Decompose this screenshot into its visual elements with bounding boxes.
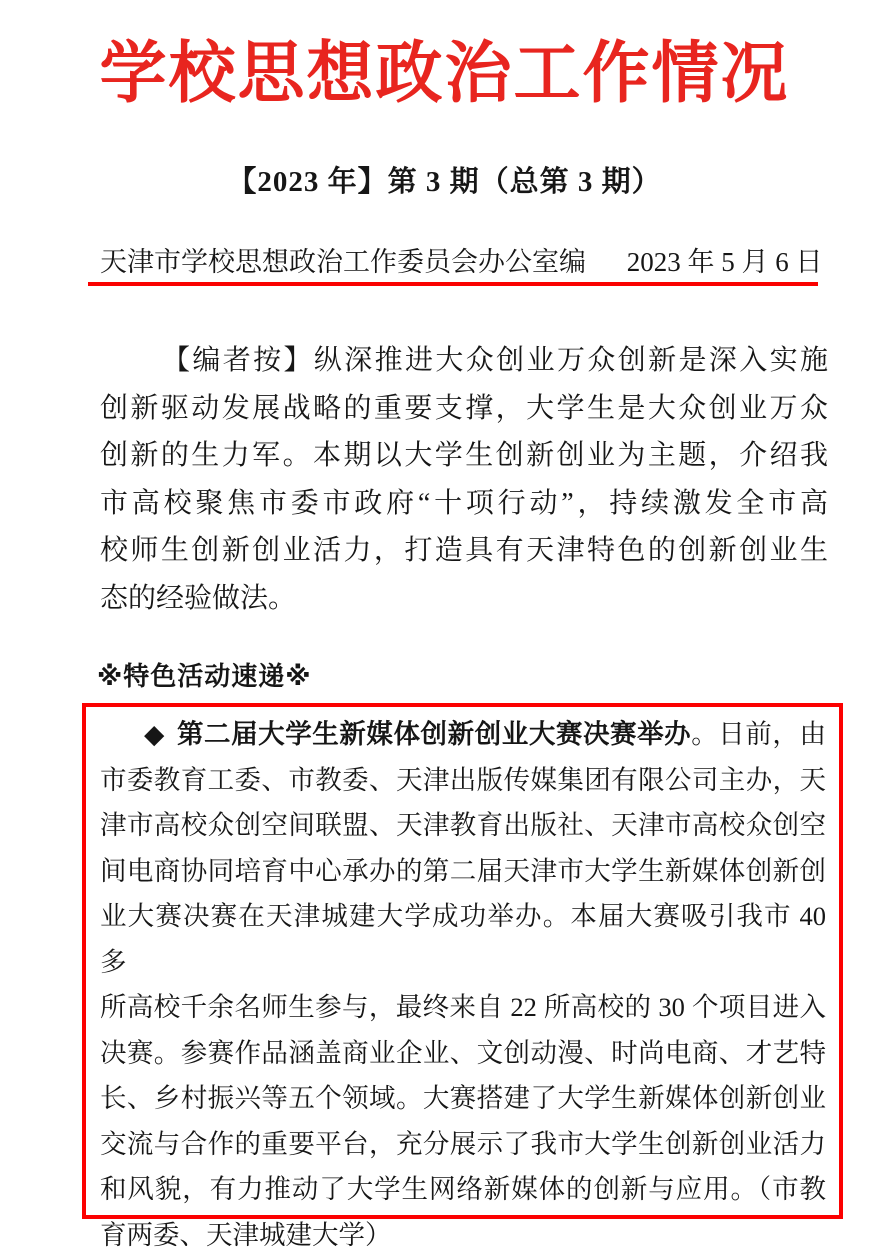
text-line: 校师生创新创业活力，打造具有天津特色的创新创业生	[100, 527, 828, 575]
text-line: 业大赛决赛在天津城建大学成功举办。本届大赛吸引我市 40 多	[100, 894, 826, 985]
text-line: 津市高校众创空间联盟、天津教育出版社、天津市高校众创空	[100, 803, 826, 849]
feature-headline: 第二届大学生新媒体创新创业大赛决赛举办	[177, 719, 691, 749]
publisher-line: 天津市学校思想政治工作委员会办公室编 2023 年 5 月 6 日	[100, 244, 829, 280]
feature-news-box: ◆第二届大学生新媒体创新创业大赛决赛举办。日前，由 市委教育工委、市教委、天津出…	[82, 703, 843, 1219]
text-line: 市委教育工委、市教委、天津出版传媒集团有限公司主办，天	[100, 758, 826, 804]
text-line: 和风貌，有力推动了大学生网络新媒体的创新与应用。（市教	[100, 1167, 826, 1213]
text-line: 交流与合作的重要平台，充分展示了我市大学生创新创业活力	[100, 1122, 826, 1168]
issue-line: 【2023 年】第 3 期（总第 3 期）	[0, 160, 889, 204]
text-line: 创新的生力军。本期以大学生创新创业为主题，介绍我	[100, 432, 828, 480]
section-header: ※特色活动速递※	[97, 657, 312, 695]
text-line: 间电商协同培育中心承办的第二届天津市大学生新媒体创新创	[100, 849, 826, 895]
diamond-bullet-icon: ◆	[144, 719, 165, 749]
text-line: 决赛。参赛作品涵盖商业企业、文创动漫、时尚电商、才艺特	[100, 1031, 826, 1077]
publisher-name: 天津市学校思想政治工作委员会办公室编	[100, 247, 586, 277]
newsletter-page: 学校思想政治工作情况 【2023 年】第 3 期（总第 3 期） 天津市学校思想…	[0, 0, 889, 1259]
editor-note-paragraph: 【编者按】纵深推进大众创业万众创新是深入实施创新驱动发展战略的重要支撑，大学生是…	[100, 337, 828, 622]
text-line: 所高校千余名师生参与，最终来自 22 所高校的 30 个项目进入	[100, 985, 826, 1031]
feature-body: 市委教育工委、市教委、天津出版传媒集团有限公司主办，天津市高校众创空间联盟、天津…	[100, 758, 826, 1259]
feature-headline-line: ◆第二届大学生新媒体创新创业大赛决赛举办。日前，由	[100, 712, 826, 758]
text-line: 态的经验做法。	[100, 575, 828, 623]
text-line: 长、乡村振兴等五个领域。大赛搭建了大学生新媒体创新创业	[100, 1076, 826, 1122]
text-line: 【编者按】纵深推进大众创业万众创新是深入实施	[100, 337, 828, 385]
text-line: 创新驱动发展战略的重要支撑，大学生是大众创业万众	[100, 385, 828, 433]
newsletter-title: 学校思想政治工作情况	[0, 34, 889, 114]
text-line: 市高校聚焦市委市政府“十项行动”，持续激发全市高	[100, 480, 828, 528]
text-line: 育两委、天津城建大学）	[100, 1213, 826, 1259]
masthead-divider-rule	[88, 282, 818, 286]
publish-date: 2023 年 5 月 6 日	[627, 247, 823, 277]
feature-headline-rest: 。日前，由	[691, 719, 826, 749]
